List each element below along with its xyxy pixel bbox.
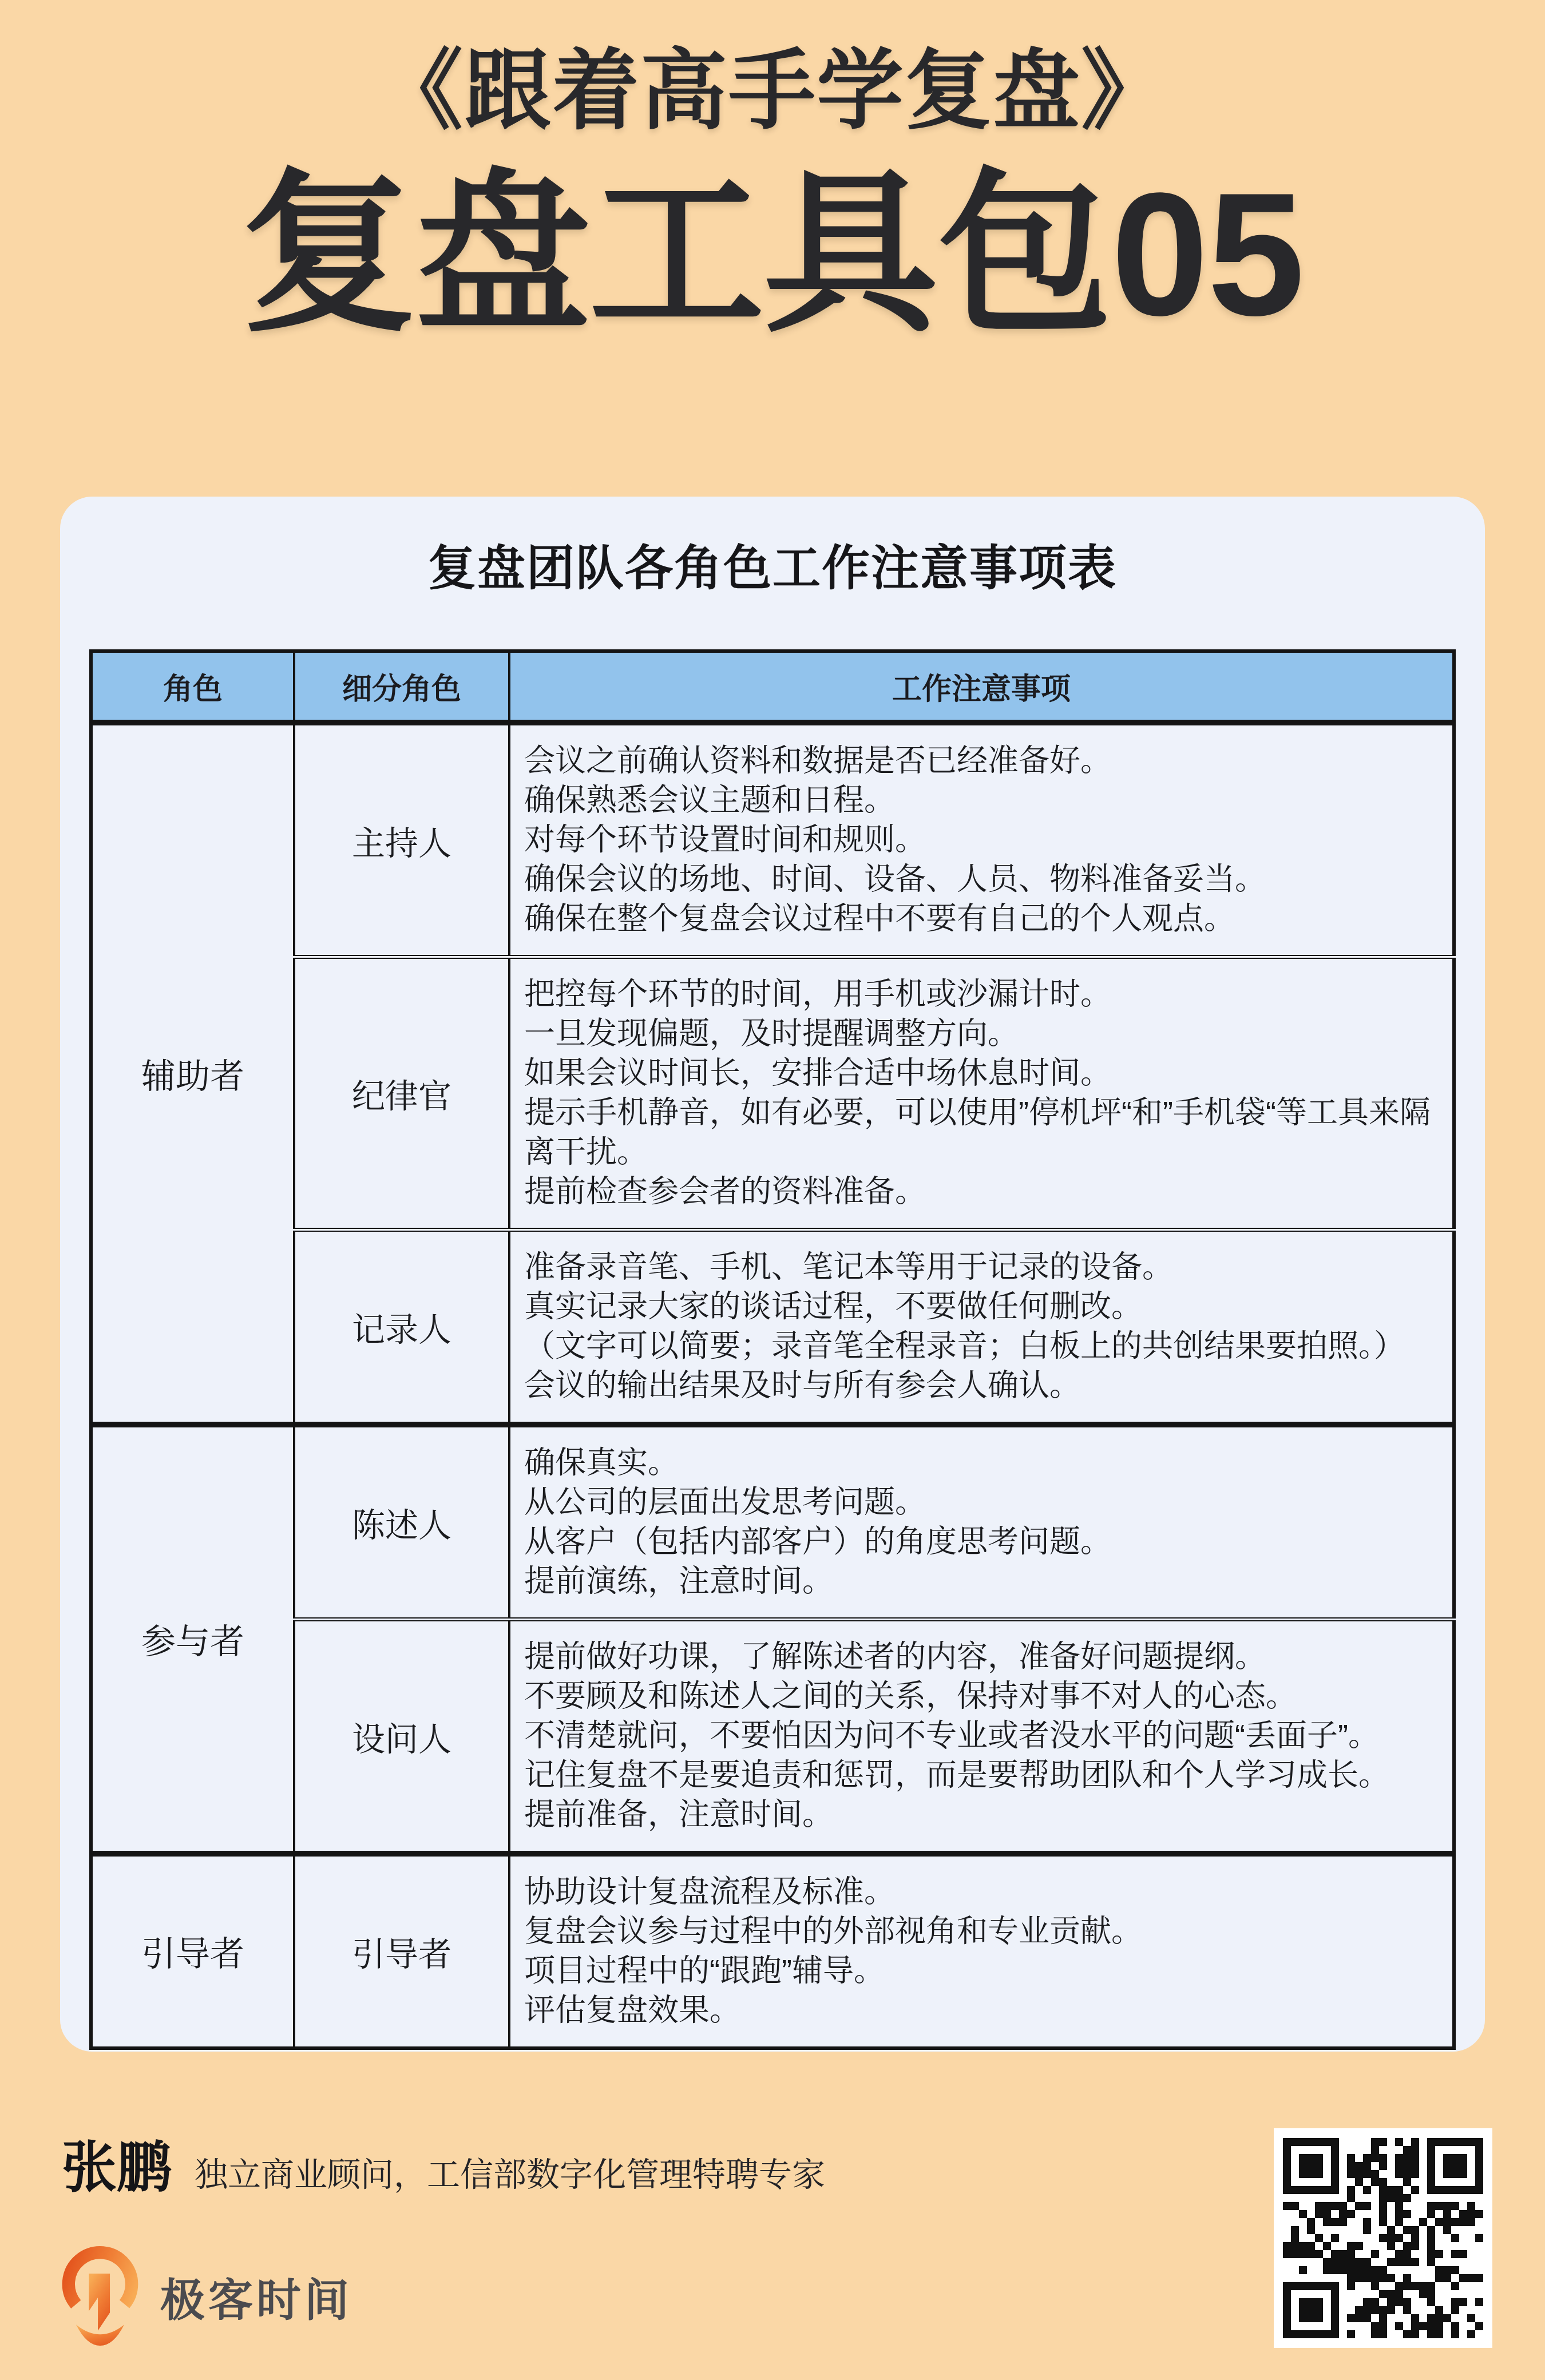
note-line: 把控每个环节的时间，用手机或沙漏计时。 [524,975,1440,1014]
note-line: 会议的输出结果及时与所有参会人确认。 [524,1366,1440,1406]
col-header-subrole: 细分角色 [294,651,509,723]
note-line: 项目过程中的“跟跑”辅导。 [524,1951,1440,1991]
note-line: （文字可以简要；录音笔全程录音；白板上的共创结果要拍照。） [524,1327,1440,1366]
note-line: 提前演练，注意时间。 [524,1562,1440,1601]
note-line: 协助设计复盘流程及标准。 [524,1873,1440,1912]
role-cell: 辅助者 [91,723,294,1425]
note-line: 提示手机静音，如有必要，可以使用”停机坪“和”手机袋“等工具来隔离干扰。 [524,1093,1440,1172]
brand-block: 极客时间 [55,2245,352,2349]
notes-cell: 提前做好功课，了解陈述者的内容，准备好问题提纲。 不要顾及和陈述人之间的关系，保… [509,1620,1454,1854]
series-title: 《跟着高手学复盘》 [0,0,1545,145]
col-header-notes: 工作注意事项 [509,651,1454,723]
table-row: 引导者 引导者 协助设计复盘流程及标准。 复盘会议参与过程中的外部视角和专业贡献… [91,1854,1454,2048]
content-card: 复盘团队各角色工作注意事项表 角色 细分角色 工作注意事项 辅助者 主持人 [60,497,1485,2052]
roles-table-wrap: 角色 细分角色 工作注意事项 辅助者 主持人 会议之前确认资料和数据是否已经准备… [89,649,1456,2050]
subrole-cell: 主持人 [294,723,509,957]
notes-cell: 准备录音笔、手机、笔记本等用于记录的设备。 真实记录大家的谈话过程，不要做任何删… [509,1230,1454,1425]
note-line: 真实记录大家的谈话过程，不要做任何删改。 [524,1287,1440,1327]
poster-page: 《跟着高手学复盘》 复盘工具包05 复盘团队各角色工作注意事项表 角色 细分角色… [0,0,1545,2380]
note-line: 对每个环节设置时间和规则。 [524,820,1440,860]
note-line: 确保会议的场地、时间、设备、人员、物料准备妥当。 [524,860,1440,899]
card-title: 复盘团队各角色工作注意事项表 [60,497,1485,599]
roles-table: 角色 细分角色 工作注意事项 辅助者 主持人 会议之前确认资料和数据是否已经准备… [89,649,1456,2050]
note-line: 从公司的层面出发思考问题。 [524,1483,1440,1522]
geektime-logo-icon [55,2245,145,2349]
note-line: 提前检查参会者的资料准备。 [524,1172,1440,1212]
note-line: 确保熟悉会议主题和日程。 [524,781,1440,820]
table-header-row: 角色 细分角色 工作注意事项 [91,651,1454,723]
role-cell: 参与者 [91,1425,294,1854]
notes-cell: 确保真实。 从公司的层面出发思考问题。 从客户（包括内部客户）的角度思考问题。 … [509,1425,1454,1620]
qr-code [1274,2128,1492,2348]
note-line: 确保真实。 [524,1443,1440,1483]
note-line: 准备录音笔、手机、笔记本等用于记录的设备。 [524,1248,1440,1287]
table-row: 纪律官 把控每个环节的时间，用手机或沙漏计时。 一旦发现偏题，及时提醒调整方向。… [91,957,1454,1230]
subrole-cell: 设问人 [294,1620,509,1854]
note-line: 记住复盘不是要追责和惩罚，而是要帮助团队和个人学习成长。 [524,1756,1440,1795]
note-line: 不清楚就问，不要怕因为问不专业或者没水平的问题“丢面子”。 [524,1716,1440,1756]
note-line: 评估复盘效果。 [524,1991,1440,2030]
note-line: 不要顾及和陈述人之间的关系，保持对事不对人的心态。 [524,1677,1440,1716]
author-line: 张鹏 独立商业顾问，工信部数字化管理特聘专家 [62,2124,825,2202]
note-line: 提前准备，注意时间。 [524,1795,1440,1835]
table-row: 记录人 准备录音笔、手机、笔记本等用于记录的设备。 真实记录大家的谈话过程，不要… [91,1230,1454,1425]
table-row: 参与者 陈述人 确保真实。 从公司的层面出发思考问题。 从客户（包括内部客户）的… [91,1425,1454,1620]
table-row: 设问人 提前做好功课，了解陈述者的内容，准备好问题提纲。 不要顾及和陈述人之间的… [91,1620,1454,1854]
note-line: 一旦发现偏题，及时提醒调整方向。 [524,1014,1440,1054]
author-name: 张鹏 [62,2124,172,2202]
notes-cell: 会议之前确认资料和数据是否已经准备好。 确保熟悉会议主题和日程。 对每个环节设置… [509,723,1454,957]
notes-cell: 把控每个环节的时间，用手机或沙漏计时。 一旦发现偏题，及时提醒调整方向。 如果会… [509,957,1454,1230]
brand-name: 极客时间 [160,2265,352,2329]
qr-code-canvas [1283,2138,1483,2338]
main-title: 复盘工具包05 [0,162,1545,346]
subrole-cell: 纪律官 [294,957,509,1230]
note-line: 会议之前确认资料和数据是否已经准备好。 [524,741,1440,781]
col-header-role: 角色 [91,651,294,723]
table-row: 辅助者 主持人 会议之前确认资料和数据是否已经准备好。 确保熟悉会议主题和日程。… [91,723,1454,957]
subrole-cell: 引导者 [294,1854,509,2048]
author-description: 独立商业顾问，工信部数字化管理特聘专家 [195,2148,825,2196]
notes-cell: 协助设计复盘流程及标准。 复盘会议参与过程中的外部视角和专业贡献。 项目过程中的… [509,1854,1454,2048]
note-line: 从客户（包括内部客户）的角度思考问题。 [524,1522,1440,1562]
subrole-cell: 记录人 [294,1230,509,1425]
note-line: 复盘会议参与过程中的外部视角和专业贡献。 [524,1912,1440,1951]
note-line: 确保在整个复盘会议过程中不要有自己的个人观点。 [524,899,1440,939]
role-cell: 引导者 [91,1854,294,2048]
note-line: 如果会议时间长，安排合适中场休息时间。 [524,1054,1440,1093]
note-line: 提前做好功课，了解陈述者的内容，准备好问题提纲。 [524,1637,1440,1677]
subrole-cell: 陈述人 [294,1425,509,1620]
